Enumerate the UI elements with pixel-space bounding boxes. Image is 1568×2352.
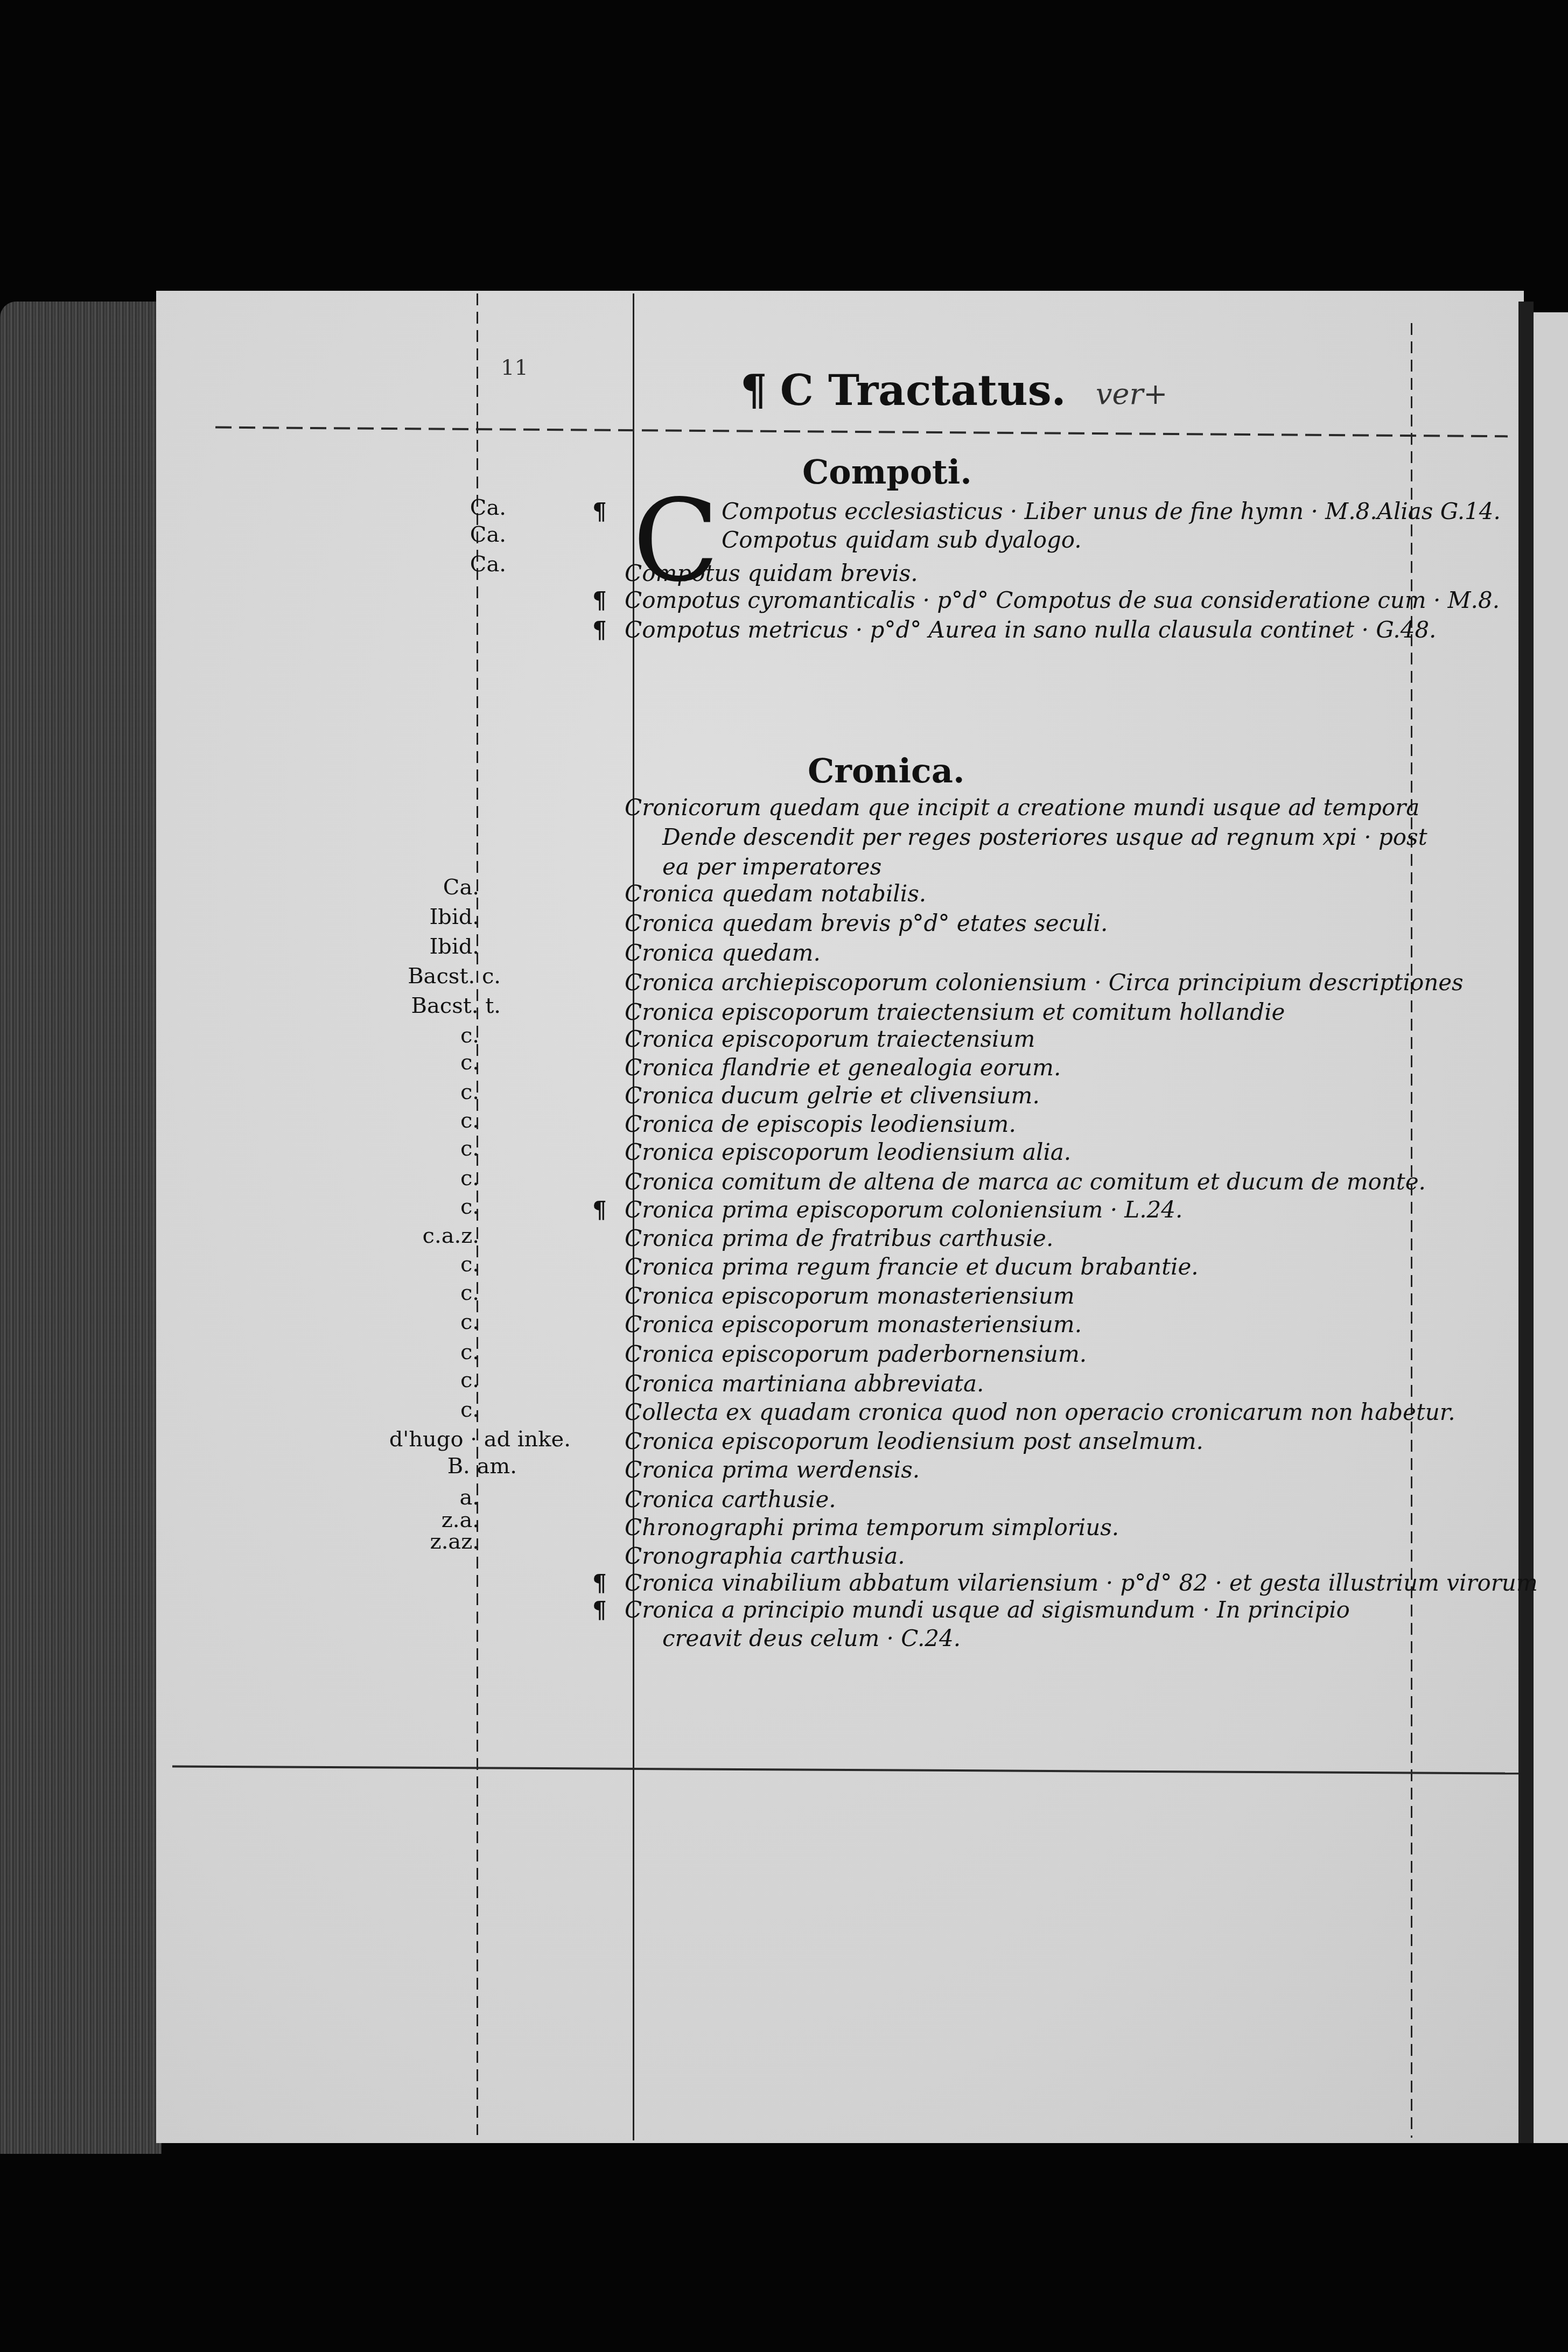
entry-text: Cronica prima episcoporum coloniensium ·… [625,1196,1182,1223]
shelfmark: Ca. [280,495,506,520]
catalog-entry: Collecta ex quadam cronica quod non oper… [625,1399,1455,1425]
catalog-entry: Compotus quidam brevis. [625,560,918,586]
catalog-entry: Cronica episcoporum leodiensium post ans… [625,1428,1203,1454]
shelfmark: c. [253,1252,479,1277]
catalog-entry: Cronica prima regum francie et ducum bra… [625,1254,1199,1280]
catalog-entry: ¶ Compotus metricus · p°d° Aurea in sano… [625,617,1436,643]
catalog-entry: ¶ Cronica prima episcoporum coloniensium… [625,1196,1182,1223]
shelfmark: B. am. [291,1454,517,1479]
pilcrow-icon: ¶ [592,1597,607,1623]
catalog-entry: Cronica comitum de altena de marca ac co… [625,1168,1426,1195]
catalog-entry: Cronica episcoporum paderbornensium. [625,1341,1087,1367]
catalog-entry: Cronica episcoporum monasteriensium. [625,1311,1082,1338]
pilcrow-icon: ¶ [592,1570,607,1596]
shelfmark: c. [253,1050,479,1075]
shelfmark: c. [253,1340,479,1364]
catalog-entry: ¶ Cronica vinabilium abbatum vilariensiu… [625,1570,1538,1596]
catalog-entry: Cronica martiniana abbreviata. [625,1370,984,1397]
catalog-entry: Cronica episcoporum monasteriensium [625,1283,1075,1309]
catalog-entry: Cronica prima de fratribus carthusie. [625,1225,1053,1251]
catalog-entry: Cronicorum quedam que incipit a creation… [625,794,1419,821]
shelfmark: Bacst. t. [275,993,501,1018]
entry-text: Compotus cyromanticalis · p°d° Compotus … [625,587,1500,613]
shelfmark: c. [253,1280,479,1305]
catalog-entry: Cronica quedam notabilis. [625,880,926,907]
catalog-entry: Cronica prima werdensis. [625,1457,920,1483]
catalog-entry: Cronica carthusie. [625,1486,836,1513]
pilcrow-icon: ¶ [592,498,607,524]
pilcrow-icon: ¶ [592,1196,607,1223]
facing-page-edge [1534,312,1568,2143]
shelfmark: Ibid. [253,905,479,929]
section-heading-cronica: Cronica. [808,751,965,790]
shelfmark: c. [253,1397,479,1422]
catalog-entry: Cronica archiepiscoporum coloniensium · … [625,969,1464,996]
catalog-entry: Cronica episcoporum traiectensium [625,1026,1035,1052]
entry-text: Compotus ecclesiasticus · Liber unus de … [722,498,1501,524]
catalog-entry: ¶ Compotus cyromanticalis · p°d° Compotu… [625,587,1500,613]
entry-text: Cronica vinabilium abbatum vilariensium … [625,1570,1538,1596]
shelfmark: c. [253,1368,479,1392]
catalog-entry: Cronographia carthusia. [625,1543,905,1569]
shelfmark: Ca. [280,522,506,547]
catalog-entry: Cronica ducum gelrie et clivensium. [625,1082,1040,1109]
catalog-entry-continuation: creavit deus celum · C.24. [662,1625,961,1651]
shelfmark: a. [253,1485,479,1510]
section-heading-compoti: Compoti. [802,452,972,492]
entry-text: Cronica a principio mundi usque ad sigis… [625,1597,1350,1623]
catalog-entry: Compotus quidam sub dyalogo. [722,527,1082,553]
pilcrow-icon: ¶ [740,366,767,415]
catalog-entry-continuation: Dende descendit per reges posteriores us… [662,824,1427,850]
shelfmark: Ca. [280,552,506,577]
margin-number: 11 [501,355,528,380]
shelfmark: c. [253,1023,479,1048]
catalog-entry: Cronica flandrie et genealogia eorum. [625,1054,1061,1081]
page-gutter [1518,302,1534,2143]
catalog-entry: ¶ Compotus ecclesiasticus · Liber unus d… [722,498,1501,524]
shelfmark: c. [253,1166,479,1191]
catalog-entry: Cronica episcoporum traiectensium et com… [625,999,1285,1025]
shelfmark: z.az. [253,1529,479,1554]
catalog-entry: Cronica de episcopis leodiensium. [625,1111,1016,1137]
shelfmark: c. [253,1080,479,1104]
catalog-entry: Cronica episcoporum leodiensium alia. [625,1139,1071,1165]
pilcrow-icon: ¶ [592,617,607,643]
catalog-entry-continuation: ea per imperatores [662,853,881,880]
shelfmark: c. [253,1194,479,1219]
shelfmark: Ca. [253,875,479,900]
catalog-entry: Cronica quedam. [625,940,821,966]
shelfmark: c. [253,1108,479,1133]
entry-text: Compotus metricus · p°d° Aurea in sano n… [625,617,1436,643]
shelfmark: Ibid. [253,934,479,959]
catalog-entry: ¶ Cronica a principio mundi usque ad sig… [625,1597,1350,1623]
catalog-entry: Cronica quedam brevis p°d° etates seculi… [625,910,1108,936]
shelfmark: Bacst. c. [275,964,501,989]
shelfmark: c. [253,1136,479,1161]
page-title: ¶C Tractatus. [740,366,1066,415]
catalog-entry: Chronographi prima temporum simplorius. [625,1514,1119,1541]
title-text: C Tractatus. [780,366,1066,415]
shelfmark: c. [253,1310,479,1334]
folio-mark: ver+ [1096,377,1168,411]
book-edge [0,302,162,2154]
pilcrow-icon: ¶ [592,587,607,613]
shelfmark: c.a.z. [253,1223,479,1248]
shelfmark: d'hugo · ad inke. [345,1427,571,1452]
